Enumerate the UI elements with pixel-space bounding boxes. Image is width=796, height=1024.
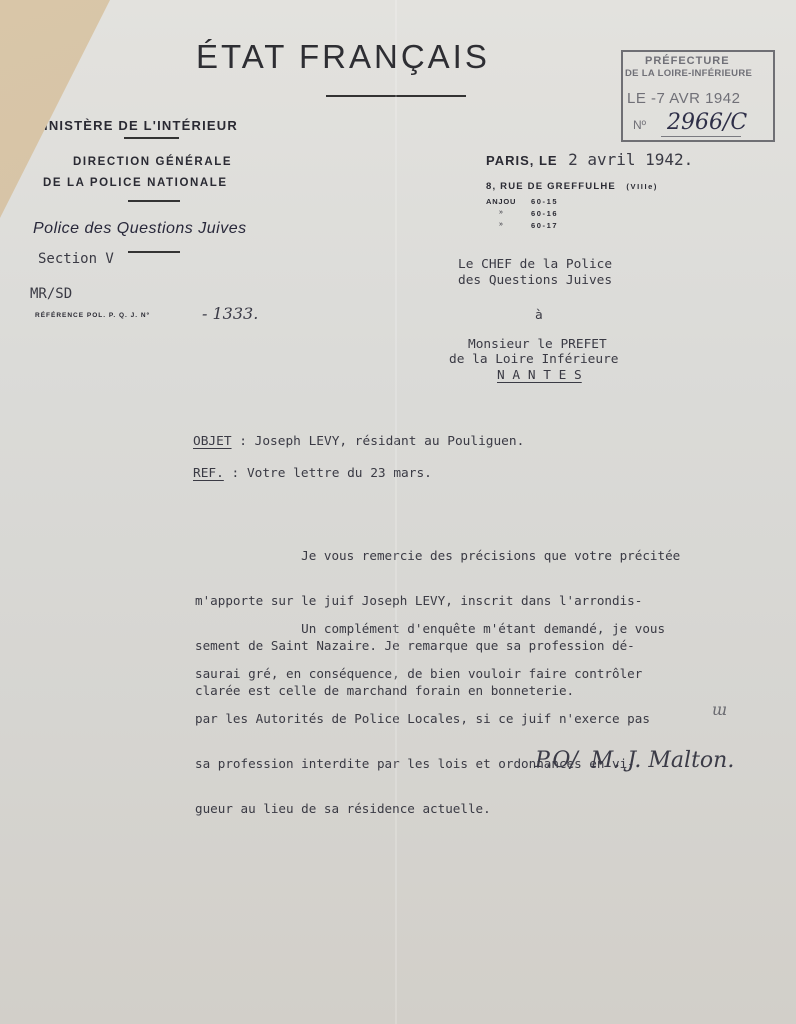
ministry-name: MINISTÈRE DE L'INTÉRIEUR [32, 118, 238, 133]
objet-line: OBJET : Joseph LEVY, résidant au Pouligu… [193, 434, 524, 449]
prefecture-receipt-stamp: PRÉFECTURE DE LA LOIRE-INFÉRIEURE LE -7 … [621, 50, 775, 142]
recipient-line2: de la Loire Inférieure [449, 352, 619, 367]
street-address: 8, RUE DE GREFFULHE [486, 181, 616, 192]
direction-rule [128, 200, 180, 202]
letter-sheet: ÉTAT FRANÇAIS MINISTÈRE DE L'INTÉRIEUR D… [0, 0, 796, 1024]
service-rule [128, 251, 180, 253]
stamp-date: LE -7 AVR 1942 [627, 90, 740, 107]
phone-1: 60-15 [531, 197, 558, 206]
address-line: 8, RUE DE GREFFULHE (VIIIe) [486, 176, 658, 194]
body-paragraph-2: Un complément d'enquête m'étant demandé,… [195, 591, 665, 846]
letter-date: 2 avril 1942. [568, 150, 693, 169]
phone-exchange: ANJOU [486, 197, 516, 206]
recipient-line1: Monsieur le PREFET [468, 337, 607, 352]
signature: P.O/ M. J. Malton. [535, 748, 734, 773]
ditto-mark-2: » [499, 221, 505, 228]
sender-line2: des Questions Juives [458, 273, 612, 288]
objet-text: : Joseph LEVY, résidant au Pouliguen. [232, 434, 525, 449]
signature-prefix: P.O/ [535, 748, 578, 773]
objet-label: OBJET [193, 434, 232, 449]
phone-2: 60-16 [531, 209, 558, 218]
reference-label: RÉFÉRENCE POL. P. Q. J. Nº [35, 312, 150, 319]
city-label: PARIS, LE [486, 153, 558, 168]
title-rule [326, 95, 466, 97]
initials-mark: ɯ [712, 700, 727, 719]
reference-number: - 1333. [202, 304, 258, 323]
phone-3: 60-17 [531, 221, 558, 230]
stamp-number-label: Nº [633, 118, 646, 132]
ref-line: REF. : Votre lettre du 23 mars. [193, 466, 432, 481]
to-word: à [535, 308, 543, 323]
body-line: par les Autorités de Police Locales, si … [195, 711, 665, 726]
ref-label: REF. [193, 466, 224, 481]
stamp-number-line [661, 136, 741, 137]
body-line: Un complément d'enquête m'étant demandé,… [195, 621, 665, 636]
signature-name: M. J. Malton. [591, 748, 735, 773]
sender-line1: Le CHEF de la Police [458, 257, 612, 272]
stamp-line2: DE LA LOIRE-INFÉRIEURE [625, 68, 752, 79]
direction-line1: DIRECTION GÉNÉRALE [73, 156, 232, 168]
letterhead-title: ÉTAT FRANÇAIS [196, 38, 490, 76]
recipient-city: N A N T E S [497, 368, 582, 383]
service-name: Police des Questions Juives [33, 220, 247, 238]
body-line: Je vous remercie des précisions que votr… [195, 548, 680, 563]
body-line: gueur au lieu de sa résidence actuelle. [195, 801, 665, 816]
direction-line2: DE LA POLICE NATIONALE [43, 177, 228, 189]
ref-text: : Votre lettre du 23 mars. [224, 466, 432, 481]
body-line: saurai gré, en conséquence, de bien voul… [195, 666, 665, 681]
stamp-handwritten-number: 2966/C [667, 110, 747, 135]
typist-initials: MR/SD [30, 287, 72, 302]
ditto-mark-1: » [499, 209, 505, 216]
stamp-line1: PRÉFECTURE [645, 55, 730, 67]
arrondissement: (VIIIe) [626, 182, 658, 191]
section-label: Section V [38, 252, 114, 267]
ministry-rule [124, 137, 179, 139]
place-date-line: PARIS, LE 2 avril 1942. [486, 152, 693, 170]
